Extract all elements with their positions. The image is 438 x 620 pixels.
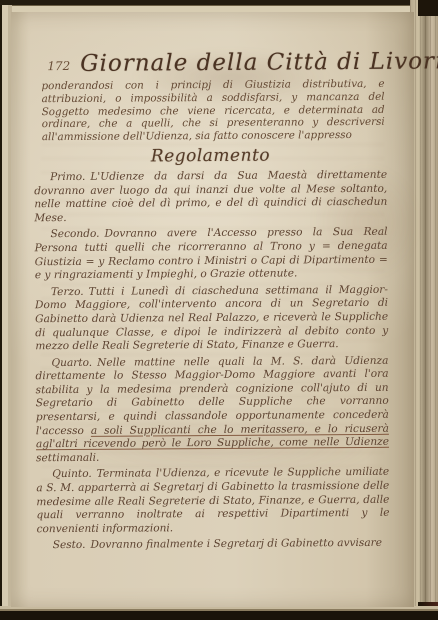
article-text: settimanali. [36,452,99,464]
article-primo: Primo.L'Udienze da darsi da Sua Maestà d… [34,169,387,226]
page-title: Giornale della Città di Livorno [80,48,438,77]
article-quinto: Quinto.Terminata l'Udienza, e ricevute l… [36,466,389,536]
article-text: Tutti i Lunedì di ciascheduna settimana … [35,284,388,353]
article-label: Sesto. [53,539,86,551]
article-label: Secondo. [50,228,99,240]
article-label: Primo. [50,171,85,183]
scanned-book-photo: 172 Giornale della Città di Livorno pond… [0,0,438,620]
article-label: Terzo. [51,286,84,298]
article-sesto: Sesto.Dovranno finalmente i Segretarj di… [37,537,390,553]
book-bottom-edge [0,606,438,620]
article-quarto: Quarto.Nelle mattine nelle quali la M. S… [35,354,389,465]
intro-paragraph: ponderandosi con i principj di Giustizia… [41,78,384,144]
article-label: Quarto. [51,357,92,369]
title-row: 172 Giornale della Città di Livorno [31,49,388,77]
article-text: L'Udienze da darsi da Sua Maestà diretta… [34,169,387,224]
manuscript-content: 172 Giornale della Città di Livorno pond… [31,49,392,556]
article-text: Dovranno finalmente i Segretarj di Gabin… [90,537,382,551]
section-heading: Regolamento [32,145,389,167]
binding-corner-top [418,0,438,16]
folio-number: 172 [47,59,70,73]
manuscript-page: 172 Giornale della Città di Livorno pond… [11,12,414,607]
underlined-passage: a soli Supplicanti che lo meritassero, e… [36,422,389,450]
article-label: Quinto. [52,468,92,480]
book-page-edges-right [410,0,438,620]
article-terzo: Terzo.Tutti i Lunedì di ciascheduna sett… [35,284,388,354]
article-secondo: Secondo.Dovranno avere l'Accesso presso … [34,226,387,283]
